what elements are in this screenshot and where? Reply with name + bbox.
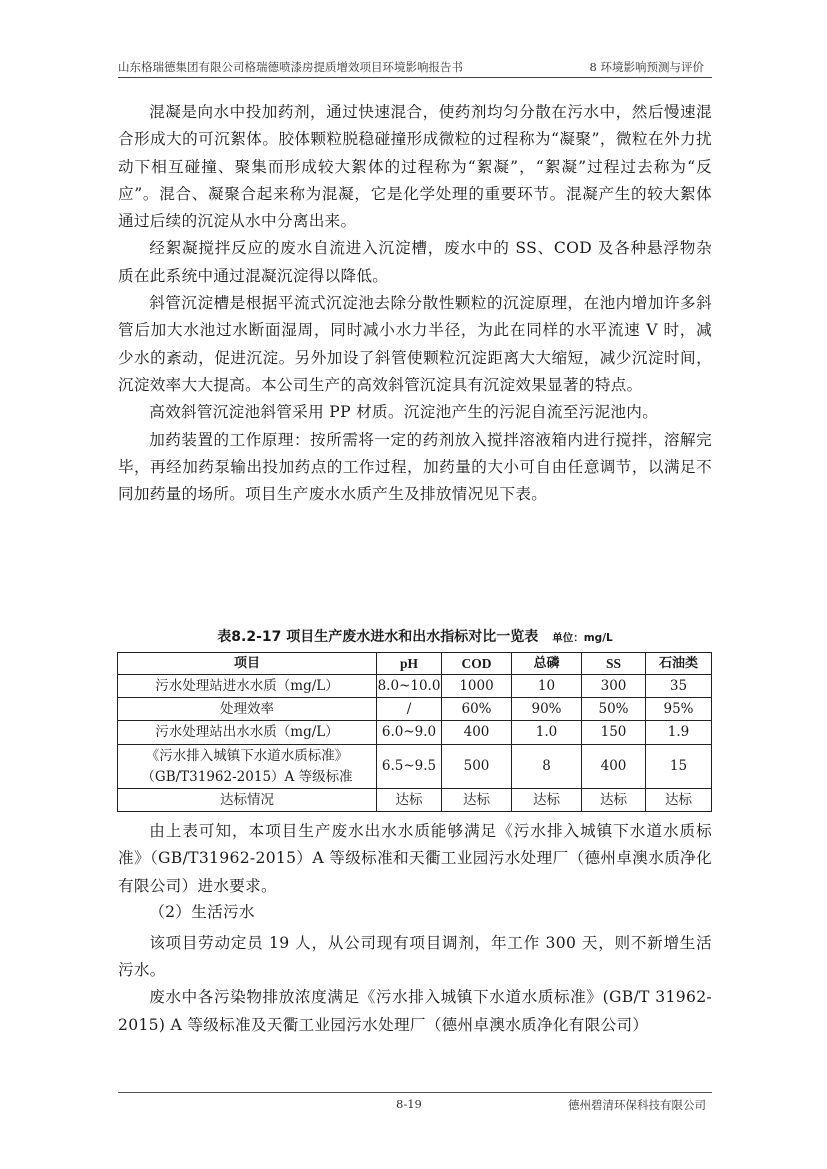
table-unit: 单位：mg/L <box>552 632 612 644</box>
cell-line: 《污水排入城镇下水道水质标准》 <box>118 746 376 767</box>
footer-divider <box>118 1092 712 1093</box>
col-header-item: 项目 <box>118 653 377 675</box>
cell: 90% <box>512 698 582 721</box>
paragraph-inclined-tube: 斜管沉淀槽是根据平流式沉淀池去除分散性颗粒的沉淀原理，在池内增加许多斜管后加大水… <box>118 290 712 399</box>
cell: 达标 <box>377 789 442 812</box>
table-row: 达标情况 达标 达标 达标 达标 达标 <box>118 789 712 812</box>
cell: 15 <box>646 745 712 789</box>
paragraph-conclusion: 由上表可知，本项目生产废水出水水质能够满足《污水排入城镇下水道水质标准》（GB/… <box>118 818 712 900</box>
cell: 达标 <box>442 789 512 812</box>
cell: 1.0 <box>512 721 582 745</box>
cell: 400 <box>582 745 646 789</box>
paragraph-coagulation: 混凝是向水中投加药剂，通过快速混合，使药剂均匀分散在污水中，然后慢速混合形成大的… <box>118 99 712 235</box>
cell: 95% <box>646 698 712 721</box>
cell: 污水处理站进水水质（mg/L） <box>118 675 377 698</box>
cell-line: （GB/T31962-2015）A 等级标准 <box>118 767 376 788</box>
col-header-tp: 总磷 <box>512 653 582 675</box>
cell: 8 <box>512 745 582 789</box>
cell: 达标情况 <box>118 789 377 812</box>
table-header-row: 项目 pH COD 总磷 SS 石油类 <box>118 653 712 675</box>
cell: 达标 <box>512 789 582 812</box>
table-row: 《污水排入城镇下水道水质标准》 （GB/T31962-2015）A 等级标准 6… <box>118 745 712 789</box>
cell: / <box>377 698 442 721</box>
table-row: 污水处理站进水水质（mg/L） 8.0~10.0 1000 10 300 35 <box>118 675 712 698</box>
page-header: 山东格瑞德集团有限公司格瑞德喷漆房提质增效项目环境影响报告书 8 环境影响预测与… <box>118 59 710 77</box>
header-divider <box>118 77 712 78</box>
header-chapter-title: 8 环境影响预测与评价 <box>590 59 704 75</box>
paragraph-emission: 废水中各污染物排放浓度满足《污水排入城镇下水道水质标准》(GB/T 31962-… <box>118 984 712 1039</box>
col-header-cod: COD <box>442 653 512 675</box>
cell: 1000 <box>442 675 512 698</box>
body-text: 混凝是向水中投加药剂，通过快速混合，使药剂均匀分散在污水中，然后慢速混合形成大的… <box>118 99 712 508</box>
cell: 8.0~10.0 <box>377 675 442 698</box>
cell: 10 <box>512 675 582 698</box>
table-caption: 表8.2-17 项目生产废水进水和出水指标对比一览表单位：mg/L <box>118 626 712 646</box>
col-header-ph: pH <box>377 653 442 675</box>
cell: 6.0~9.0 <box>377 721 442 745</box>
cell: 处理效率 <box>118 698 377 721</box>
cell: 污水处理站出水水质（mg/L） <box>118 721 377 745</box>
cell: 60% <box>442 698 512 721</box>
water-quality-table: 项目 pH COD 总磷 SS 石油类 污水处理站进水水质（mg/L） 8.0~… <box>117 652 712 812</box>
paragraph-pp-material: 高效斜管沉淀池斜管采用 PP 材质。沉淀池产生的污泥自流至污泥池内。 <box>118 399 712 426</box>
cell: 1.9 <box>646 721 712 745</box>
cell: 150 <box>582 721 646 745</box>
table-title: 表8.2-17 项目生产废水进水和出水指标对比一览表 <box>217 629 538 645</box>
cell: 300 <box>582 675 646 698</box>
section-heading-domestic-sewage: （2）生活污水 <box>118 900 712 924</box>
cell: 达标 <box>646 789 712 812</box>
cell: 达标 <box>582 789 646 812</box>
cell: 50% <box>582 698 646 721</box>
cell: 35 <box>646 675 712 698</box>
footer-company: 德州碧清环保科技有限公司 <box>568 1097 706 1113</box>
cell-standard: 《污水排入城镇下水道水质标准》 （GB/T31962-2015）A 等级标准 <box>118 745 377 789</box>
header-report-title: 山东格瑞德集团有限公司格瑞德喷漆房提质增效项目环境影响报告书 <box>118 59 463 75</box>
paragraph-settling-tank: 经絮凝搅拌反应的废水自流进入沉淀槽，废水中的 SS、COD 及各种悬浮物杂质在此… <box>118 235 712 290</box>
table-row: 处理效率 / 60% 90% 50% 95% <box>118 698 712 721</box>
table-row: 污水处理站出水水质（mg/L） 6.0~9.0 400 1.0 150 1.9 <box>118 721 712 745</box>
page-number: 8-19 <box>396 1097 422 1111</box>
col-header-ss: SS <box>582 653 646 675</box>
cell: 500 <box>442 745 512 789</box>
col-header-oil: 石油类 <box>646 653 712 675</box>
post-table-text: 由上表可知，本项目生产废水出水水质能够满足《污水排入城镇下水道水质标准》（GB/… <box>118 818 712 1039</box>
paragraph-staffing: 该项目劳动定员 19 人，从公司现有项目调剂，年工作 300 天，则不新增生活污… <box>118 930 712 985</box>
paragraph-dosing-device: 加药装置的工作原理：按所需将一定的药剂放入搅拌溶液箱内进行搅拌，溶解完毕，再经加… <box>118 427 712 509</box>
cell: 400 <box>442 721 512 745</box>
cell: 6.5~9.5 <box>377 745 442 789</box>
